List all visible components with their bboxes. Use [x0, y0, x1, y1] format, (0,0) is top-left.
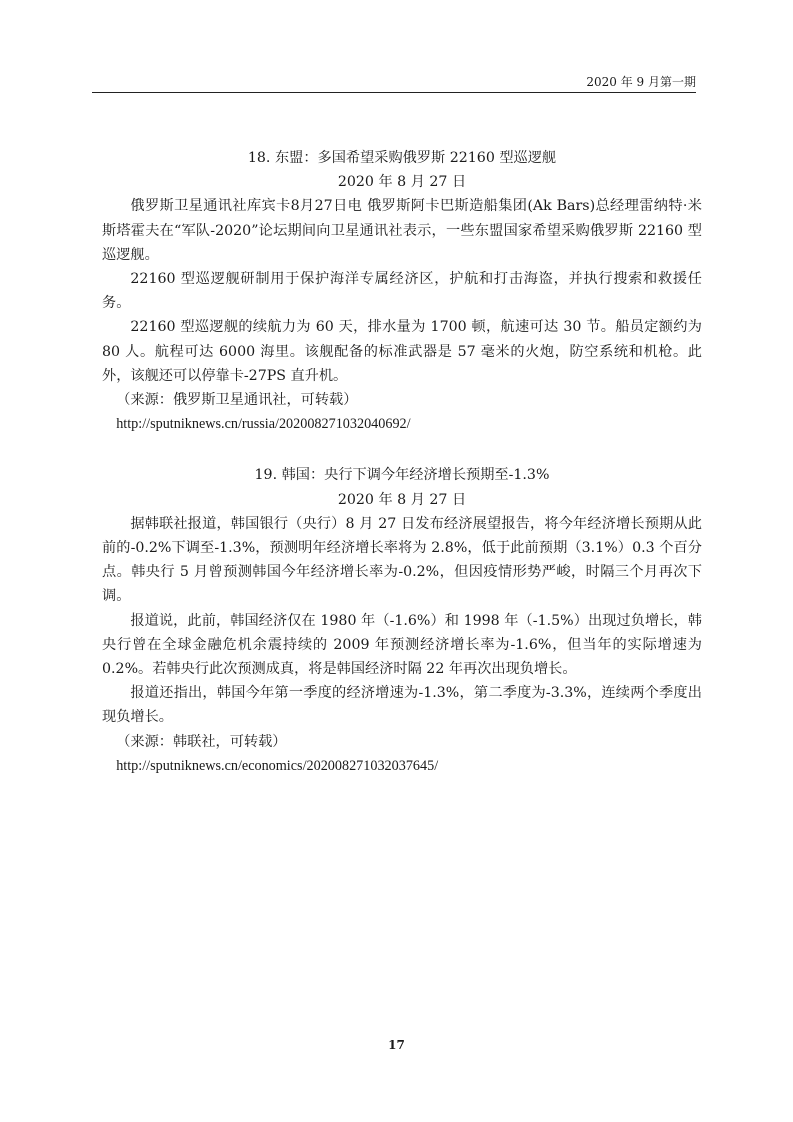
- article-paragraph: 据韩联社报道，韩国银行（央行）8 月 27 日发布经济展望报告，将今年经济增长预…: [102, 512, 702, 609]
- article-paragraph: 俄罗斯卫星通讯社库宾卡8月27日电 俄罗斯阿卡巴斯造船集团(Ak Bars)总经…: [102, 194, 702, 267]
- article-title: 18. 东盟：多国希望采购俄罗斯 22160 型巡逻舰: [102, 146, 702, 170]
- article-title: 19. 韩国：央行下调今年经济增长预期至-1.3%: [102, 463, 702, 487]
- page-content: 18. 东盟：多国希望采购俄罗斯 22160 型巡逻舰 2020 年 8 月 2…: [102, 146, 702, 805]
- article-date: 2020 年 8 月 27 日: [102, 170, 702, 194]
- running-header: 2020 年 9 月第一期: [92, 74, 696, 90]
- article-source: （来源：韩联社，可转载）: [102, 730, 702, 754]
- article-19: 19. 韩国：央行下调今年经济增长预期至-1.3% 2020 年 8 月 27 …: [102, 463, 702, 778]
- article-paragraph: 报道还指出，韩国今年第一季度的经济增速为-1.3%，第二季度为-3.3%，连续两…: [102, 681, 702, 729]
- article-date: 2020 年 8 月 27 日: [102, 488, 702, 512]
- page-number: 17: [0, 1038, 793, 1052]
- header-rule: [92, 92, 696, 93]
- article-url-link[interactable]: http://sputniknews.cn/economics/20200827…: [102, 754, 702, 778]
- article-paragraph: 报道说，此前，韩国经济仅在 1980 年（-1.6%）和 1998 年（-1.5…: [102, 609, 702, 682]
- article-url-link[interactable]: http://sputniknews.cn/russia/20200827103…: [102, 412, 702, 436]
- article-paragraph: 22160 型巡逻舰的续航力为 60 天，排水量为 1700 顿，航速可达 30…: [102, 315, 702, 388]
- article-18: 18. 东盟：多国希望采购俄罗斯 22160 型巡逻舰 2020 年 8 月 2…: [102, 146, 702, 436]
- article-source: （来源：俄罗斯卫星通讯社，可转载）: [102, 388, 702, 412]
- article-paragraph: 22160 型巡逻舰研制用于保护海洋专属经济区，护航和打击海盗，并执行搜索和救援…: [102, 267, 702, 315]
